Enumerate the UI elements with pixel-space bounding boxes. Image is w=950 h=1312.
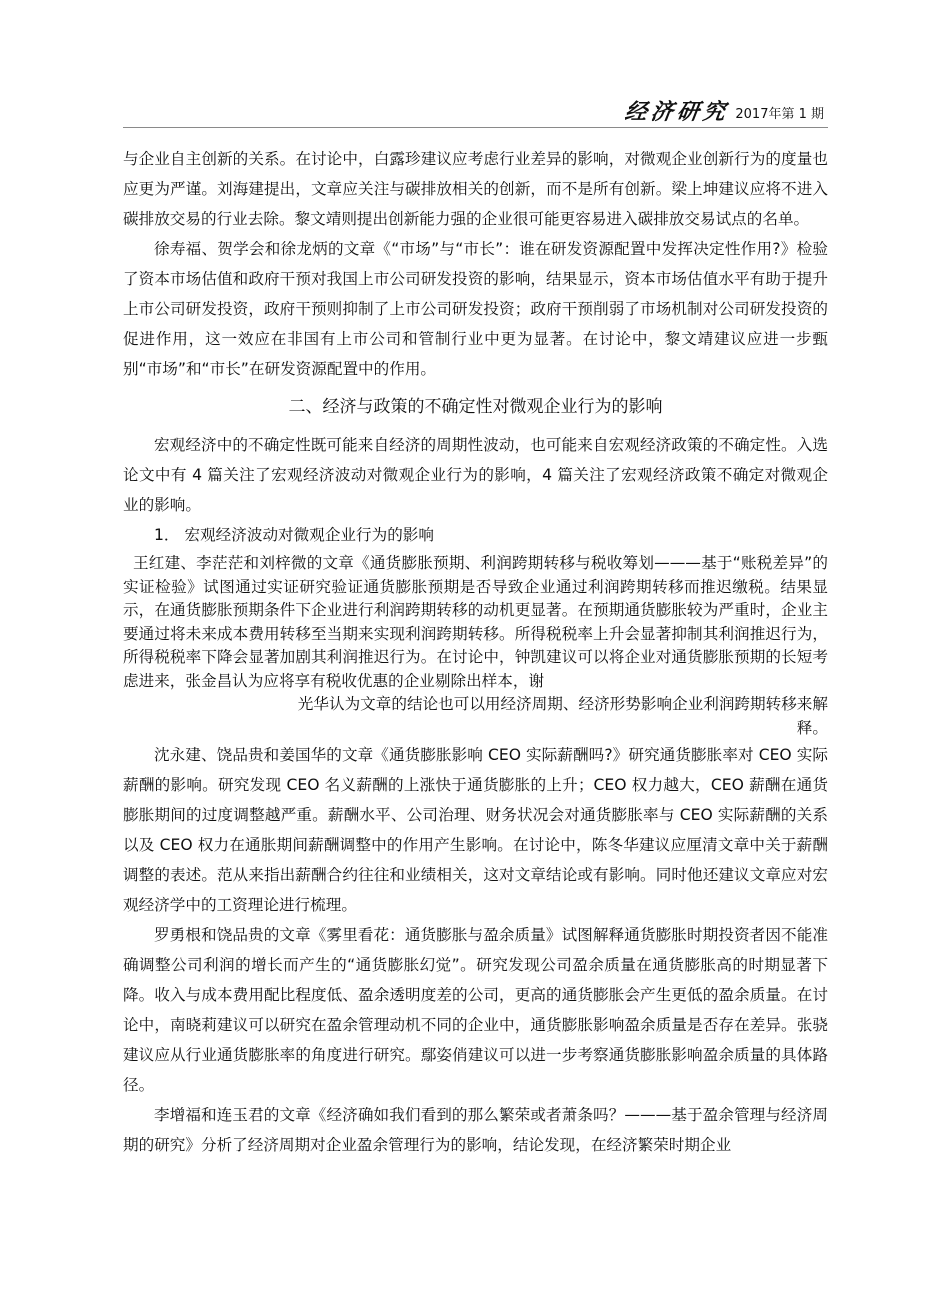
- article-body: 与企业自主创新的关系。在讨论中，白露珍建议应考虑行业差异的影响，对微观企业创新行…: [123, 144, 828, 1160]
- paragraph-shen-yongjian: 沈永建、饶品贵和姜国华的文章《通货膨胀影响 CEO 实际薪酬吗?》研究通货膨胀率…: [123, 740, 828, 920]
- journal-logo: 经济研究: [624, 100, 731, 124]
- section-heading: 二、经济与政策的不确定性对微观企业行为的影响: [123, 392, 828, 422]
- page-header: 经济研究 2017年第 1 期: [123, 100, 828, 128]
- paragraph-continued: 与企业自主创新的关系。在讨论中，白露珍建议应考虑行业差异的影响，对微观企业创新行…: [123, 144, 828, 234]
- journal-issue: 2017年第 1 期: [735, 106, 824, 124]
- paragraph-main-text: 王红建、李茫茫和刘梓微的文章《通货膨胀预期、利润跨期转移与税收筹划———基于“账…: [123, 554, 828, 690]
- paragraph-last-line: 光华认为文章的结论也可以用经济周期、经济形势影响企业利润跨期转移来解释。: [123, 693, 828, 740]
- paragraph-li-zengfu: 李增福和连玉君的文章《经济确如我们看到的那么繁荣或者萧条吗？———基于盈余管理与…: [123, 1100, 828, 1160]
- paragraph-xu-shoufu: 徐寿福、贺学会和徐龙炳的文章《“市场”与“市长”：谁在研发资源配置中发挥决定性作…: [123, 234, 828, 384]
- section-intro: 宏观经济中的不确定性既可能来自经济的周期性波动，也可能来自宏观经济政策的不确定性…: [123, 430, 828, 520]
- paragraph-luo-yonggen: 罗勇根和饶品贵的文章《雾里看花：通货膨胀与盈余质量》试图解释通货膨胀时期投资者因…: [123, 920, 828, 1100]
- paragraph-wang-hongjian: 王红建、李茫茫和刘梓微的文章《通货膨胀预期、利润跨期转移与税收筹划———基于“账…: [123, 552, 828, 740]
- journal-masthead: 经济研究 2017年第 1 期: [625, 100, 824, 124]
- subsection-heading: 1． 宏观经济波动对微观企业行为的影响: [123, 520, 828, 550]
